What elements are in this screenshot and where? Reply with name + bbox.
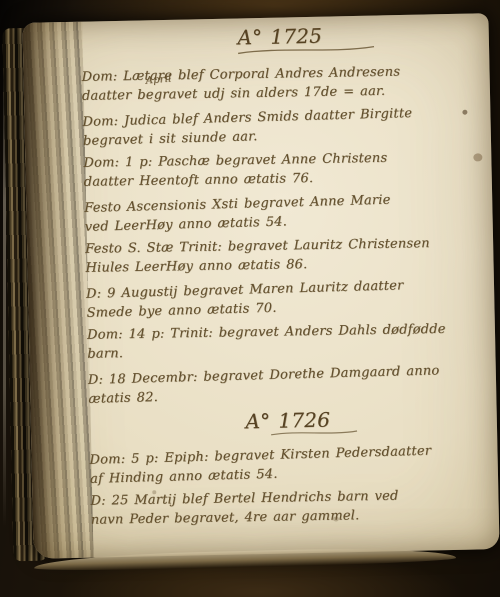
register-entry: D: 18 Decembr: begravet Dorethe Damgaard…	[88, 360, 487, 409]
register-entry: Dom: 14 p: Trinit: begravet Anders Dahls…	[87, 319, 486, 364]
manuscript-page: A° 1725 Dom: Lætare blef Corporal Andres…	[22, 13, 499, 559]
register-entry: Dom: Judica blef Anders Smids daatter Bi…	[82, 102, 481, 151]
book-photo: A° 1725 Dom: Lætare blef Corporal Andres…	[0, 0, 500, 597]
register-entry: Dom: 1 p: Paschæ begravet Anne Christens…	[83, 147, 482, 192]
register-entry: Festo Ascensionis Xsti begravet Anne Mar…	[84, 188, 483, 237]
stain-speck	[462, 110, 467, 115]
register-content: A° 1725 Dom: Lætare blef Corporal Andres…	[81, 19, 490, 535]
register-entry: D: 9 Augustij begravet Maren Lauritz daa…	[86, 274, 485, 323]
flourish-underline-icon	[236, 44, 376, 57]
register-entry: Dom: Lætare blef Corporal Andres Andrese…	[81, 61, 480, 106]
stain-speck	[152, 490, 156, 494]
stain-speck	[333, 516, 339, 521]
year-heading-1725: A° 1725	[81, 21, 480, 59]
register-entry: D: 25 Martij blef Bertel Hendrichs barn …	[90, 485, 489, 530]
flourish-underline-icon	[269, 428, 359, 438]
register-entry: Dom: 5 p: Epiph: begravet Kirsten Peders…	[89, 440, 488, 489]
register-entry: Festo S. Stæ Trinit: begravet Lauritz Ch…	[85, 233, 484, 278]
year-heading-1726: A° 1726	[89, 405, 487, 441]
